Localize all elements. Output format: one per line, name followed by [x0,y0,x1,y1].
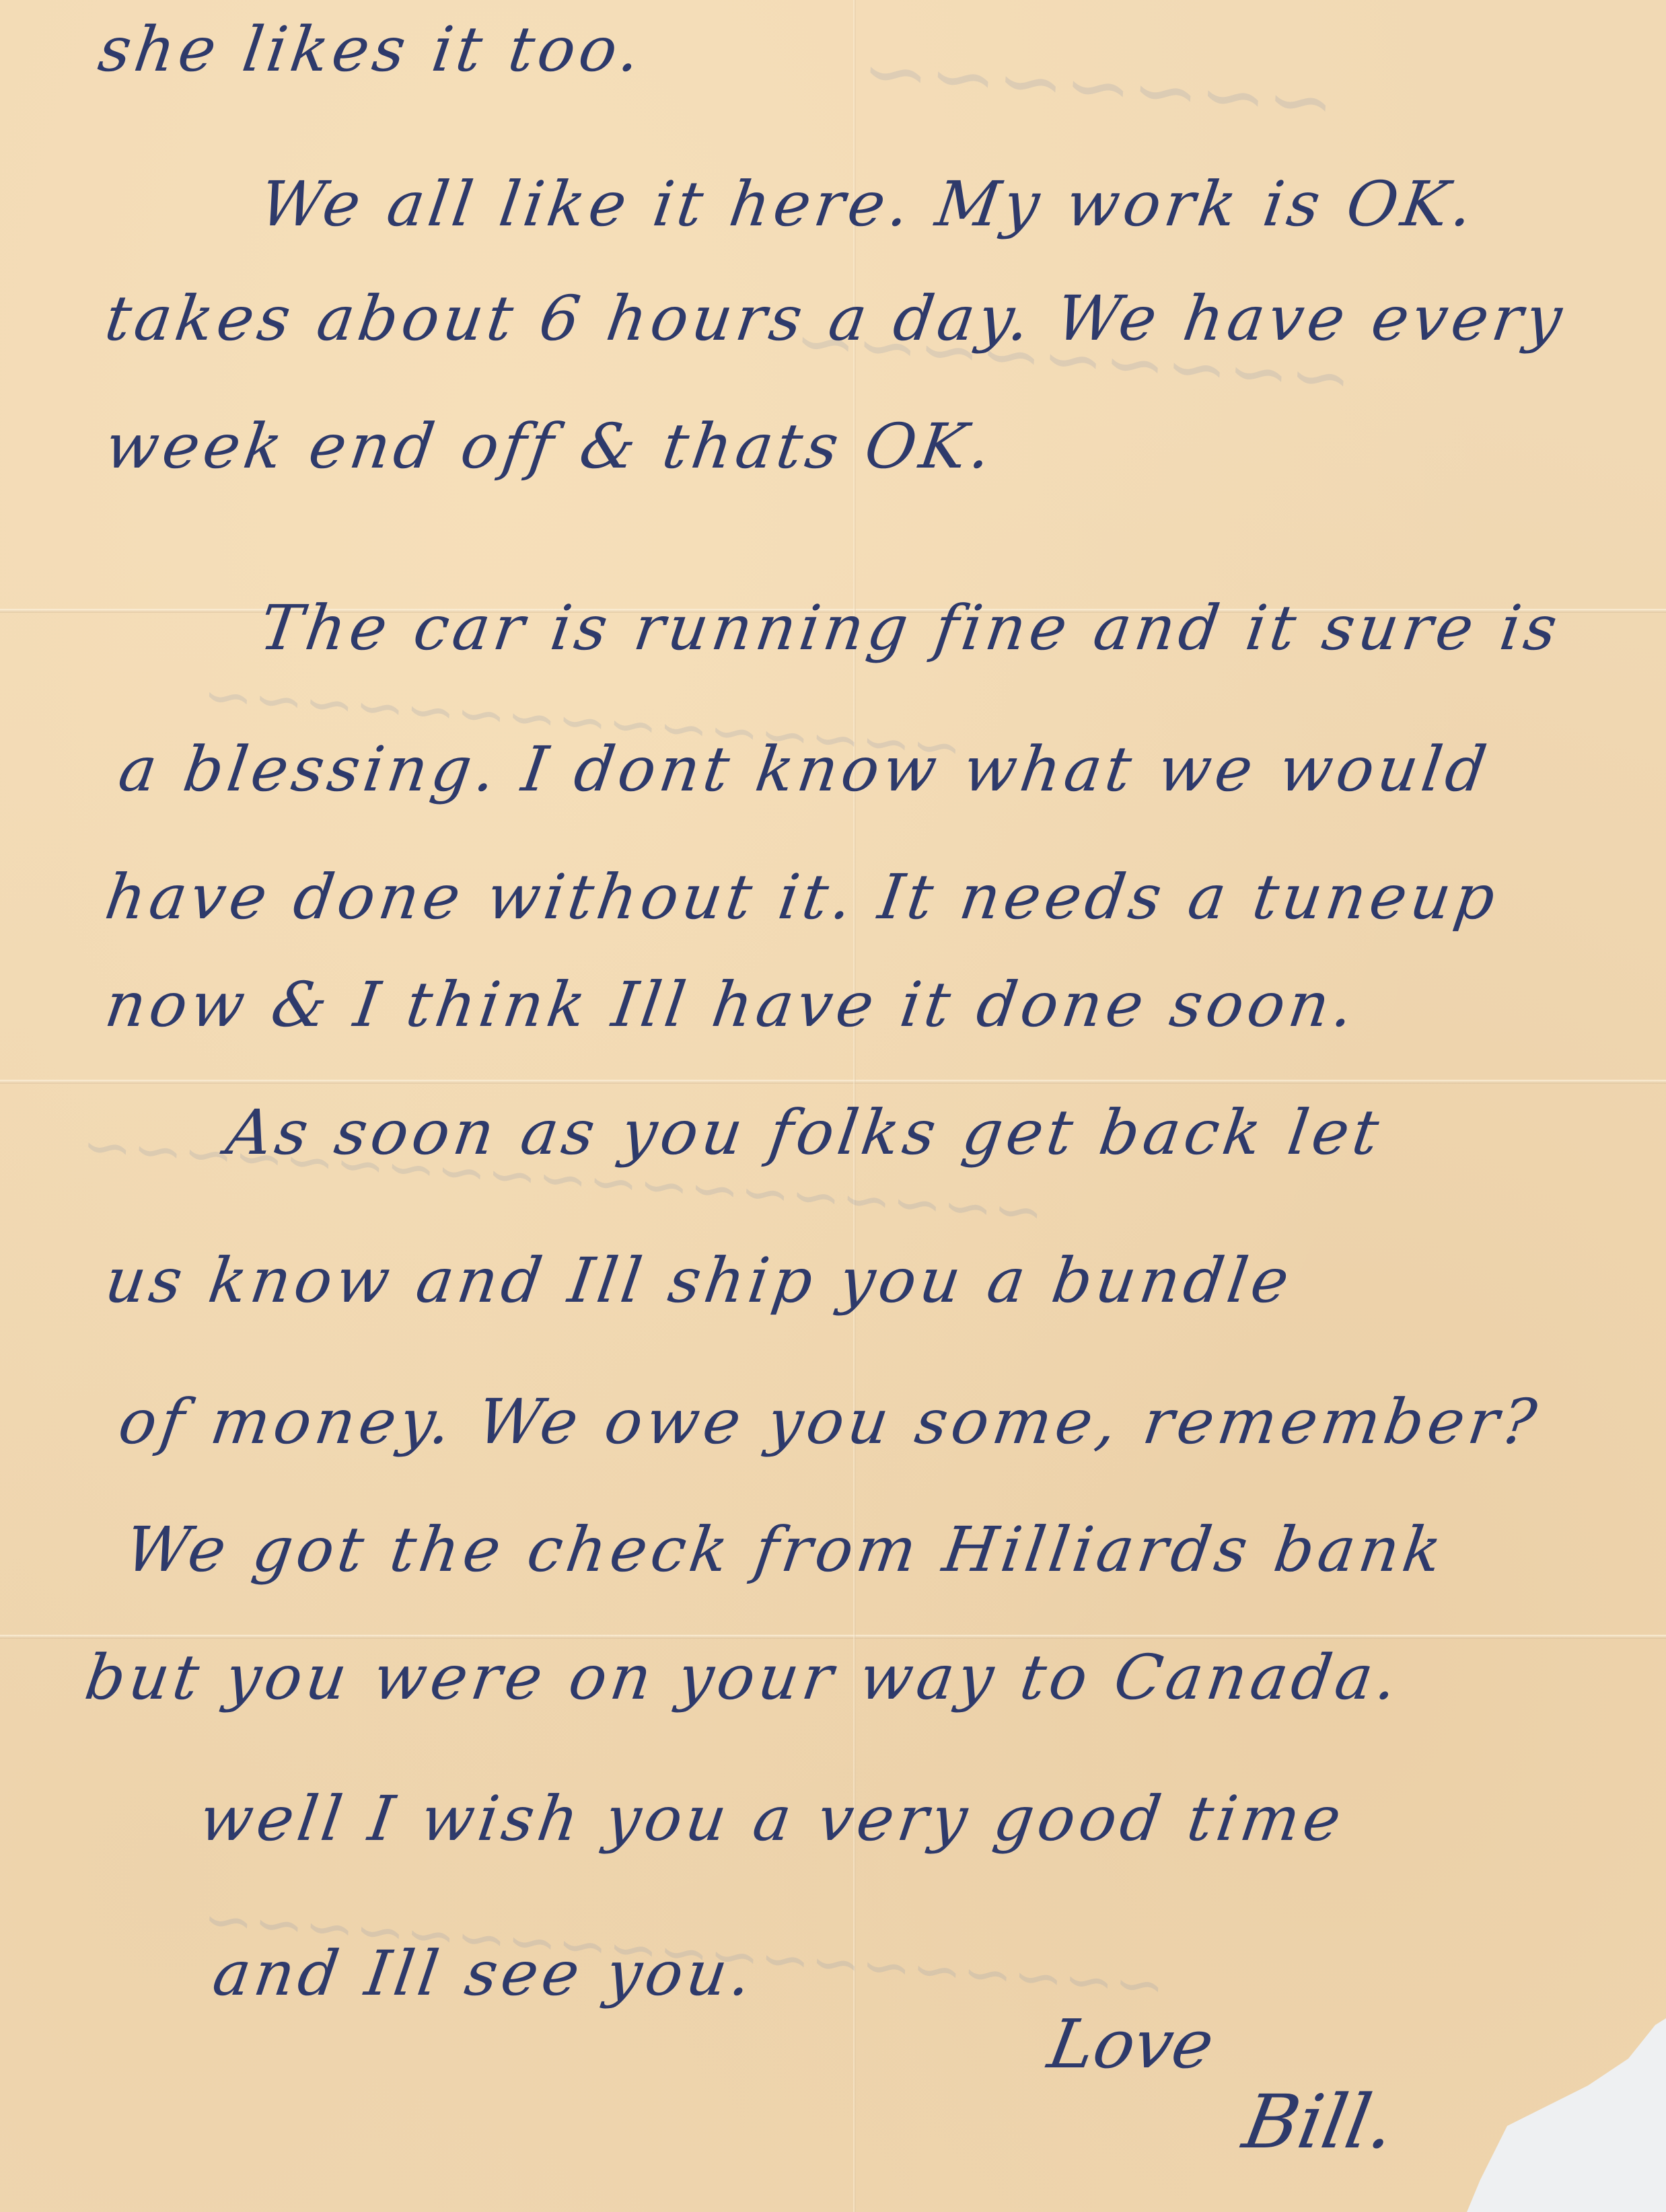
letter-line: have done without it. It needs a tuneup [101,861,1503,933]
horizontal-fold-crease [0,1635,1666,1639]
letter-line: a blessing. I dont know what we would [114,733,1494,805]
letter-line: us know and Ill ship you a bundle [101,1245,1297,1317]
letter-line: We all like it here. My work is OK. [256,168,1481,240]
letter-paper: ~~~~~~~ ~~~~~~~~~ ~~~~~~~~~~~~~~~ ~~~~~~… [0,0,1666,2212]
letter-line: As soon as you folks get back let [222,1097,1387,1169]
letter-line: week end off & thats OK. [101,410,999,482]
letter-line: of money. We owe you some, remember? [114,1386,1544,1458]
letter-line: The car is running fine and it sure is [256,592,1565,664]
letter-line: We got the check from Hilliards bank [121,1514,1450,1586]
reverse-side-bleed-through: ~~~~~~~ [859,24,1338,151]
letter-line: now & I think Ill have it done soon. [101,969,1362,1041]
letter-line: she likes it too. [94,13,649,85]
letter-line: and Ill see you. [209,1938,760,2010]
letter-line: but you were on your way to Canada. [81,1642,1406,1713]
letter-line: takes about 6 hours a day. We have every [101,283,1570,355]
letter-line: well I wish you a very good time [195,1783,1349,1855]
letter-signature: Bill. [1237,2079,1402,2165]
horizontal-fold-crease [0,1080,1666,1084]
letter-closing: Love [1043,2005,1220,2084]
